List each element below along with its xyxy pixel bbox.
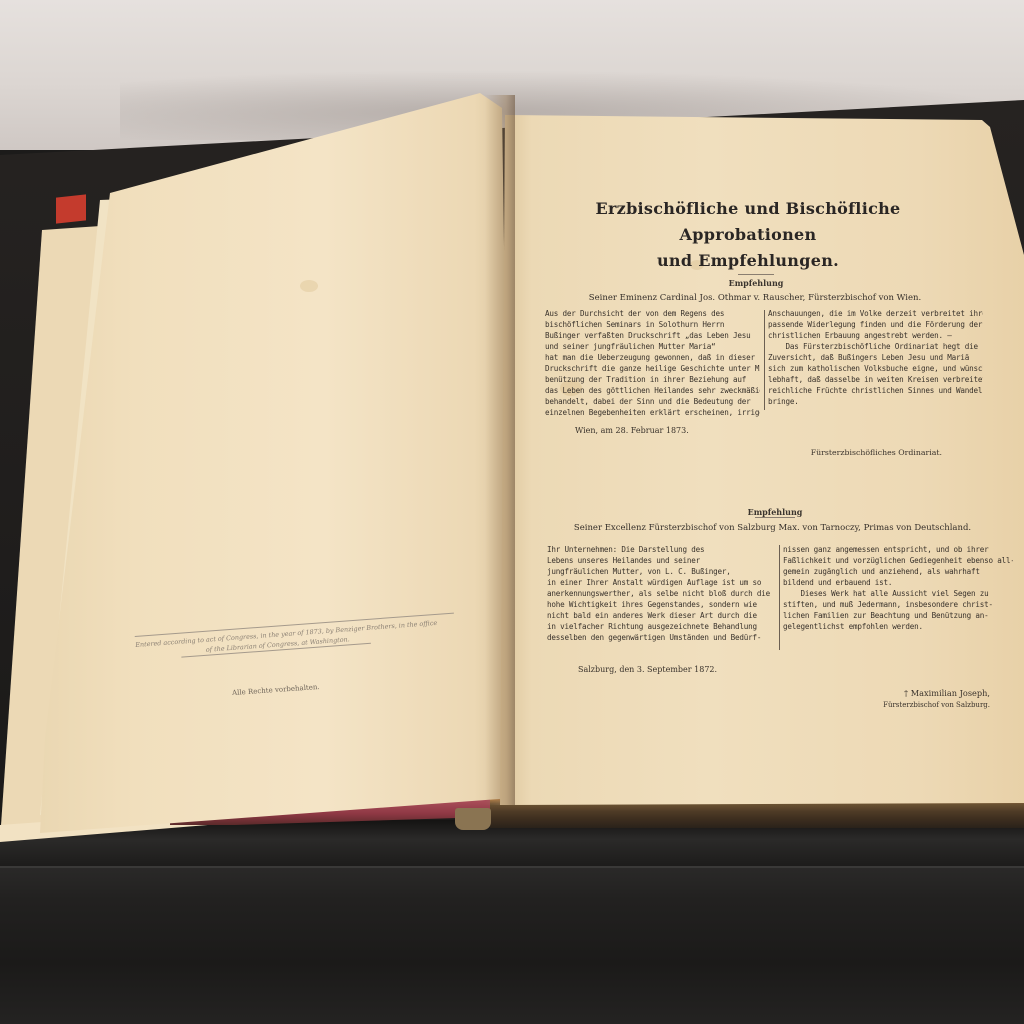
section1-heading: Empfehlung [700, 278, 812, 288]
section1-signature: Fürsterzbischöfliches Ordinariat. [780, 448, 942, 457]
text-line: desselben den gegenwärtigen Umständen un… [547, 632, 777, 643]
text-line: sich zum katholischen Volksbuche eigne, … [768, 363, 983, 374]
text-line: bildend und erbauend ist. [783, 577, 1013, 588]
paper-stain [300, 280, 318, 292]
text-line: Bußinger verfaßten Druckschrift „das Leb… [545, 330, 760, 341]
left-page [40, 88, 512, 833]
section2-right-column: nissen ganz angemessen entspricht, und o… [783, 544, 1013, 632]
section1-right-column: Anschauungen, die im Volke derzeit verbr… [768, 308, 983, 407]
text-line: einzelnen Begebenheiten erklärt erschein… [545, 407, 760, 418]
section1-dateline: Wien, am 28. Februar 1873. [575, 426, 689, 435]
section1-subheading: Seiner Eminenz Cardinal Jos. Othmar v. R… [565, 293, 945, 303]
page-title: Erzbischöfliche und Bischöfliche Approba… [548, 196, 948, 274]
section2-rule [755, 517, 795, 518]
text-line: anerkennungswerther, als selbe nicht blo… [547, 588, 777, 599]
text-line: Lebens unseres Heilandes und seiner [547, 555, 777, 566]
text-line: hohe Wichtigkeit ihres Gegenstandes, son… [547, 599, 777, 610]
section2-left-column: Ihr Unternehmen: Die Darstellung des Leb… [547, 544, 777, 643]
section2-signature-title: Fürsterzbischof von Salzburg. [830, 701, 990, 709]
text-line: gemein zugänglich und anziehend, als wah… [783, 566, 1013, 577]
text-line: nicht bald ein anderes Werk dieser Art d… [547, 610, 777, 621]
section2-subheading: Seiner Excellenz Fürsterzbischof von Sal… [565, 523, 980, 533]
title-line-2: und Empfehlungen. [548, 248, 948, 274]
text-line: christlichen Erbauung angestrebt werden.… [768, 330, 983, 341]
book-cover-red-corner [56, 194, 86, 223]
text-line: stiften, und muß Jedermann, insbesondere… [783, 599, 1013, 610]
gutter-shadow [485, 95, 515, 805]
text-line: reichliche Früchte christlichen Sinnes u… [768, 385, 983, 396]
text-line: bischöflichen Seminars in Solothurn Herr… [545, 319, 760, 330]
title-line-1: Erzbischöfliche und Bischöfliche Approba… [548, 196, 948, 248]
section1-left-column: Aus der Durchsicht der von dem Regens de… [545, 308, 760, 418]
text-line: Anschauungen, die im Volke derzeit verbr… [768, 308, 983, 319]
section2-dateline: Salzburg, den 3. September 1872. [578, 665, 717, 674]
table-front [0, 866, 1024, 1024]
text-line: Zuversicht, daß Bußingers Leben Jesu und… [768, 352, 983, 363]
text-line: lichen Familien zur Beachtung und Benütz… [783, 610, 1013, 621]
text-line: in vielfacher Richtung ausgezeichnete Be… [547, 621, 777, 632]
text-line: Aus der Durchsicht der von dem Regens de… [545, 308, 760, 319]
text-line: passende Widerlegung finden und die Förd… [768, 319, 983, 330]
text-line: Das Fürsterzbischöfliche Ordinariat hegt… [768, 341, 983, 352]
text-line: Faßlichkeit und vorzüglichen Gediegenhei… [783, 555, 1013, 566]
text-line: jungfräulichen Mutter, von L. C. Bußinge… [547, 566, 777, 577]
text-line: Dieses Werk hat alle Aussicht viel Segen… [783, 588, 1013, 599]
text-line: gelegentlichst empfohlen werden. [783, 621, 1013, 632]
section2-heading: Empfehlung [720, 507, 830, 517]
text-line: bringe. [768, 396, 983, 407]
text-line: benützung der Tradition in ihrer Beziehu… [545, 374, 760, 385]
text-line: lebhaft, daß dasselbe in weiten Kreisen … [768, 374, 983, 385]
text-line: nissen ganz angemessen entspricht, und o… [783, 544, 1013, 555]
text-line: in einer Ihrer Anstalt würdigen Auflage … [547, 577, 777, 588]
text-line: Druckschrift die ganze heilige Geschicht… [545, 363, 760, 374]
text-line: und seiner jungfräulichen Mutter Maria“ [545, 341, 760, 352]
section1-rule [738, 274, 774, 275]
text-line: Ihr Unternehmen: Die Darstellung des [547, 544, 777, 555]
text-line: behandelt, dabei der Sinn und die Bedeut… [545, 396, 760, 407]
section2-signature-name: † Maximilian Joseph, [840, 688, 990, 698]
column-divider [764, 310, 765, 410]
column-divider [779, 545, 780, 650]
text-line: das Leben des göttlichen Heilandes sehr … [545, 385, 760, 396]
text-line: hat man die Ueberzeugung gewonnen, daß i… [545, 352, 760, 363]
spine-headband [455, 808, 491, 830]
